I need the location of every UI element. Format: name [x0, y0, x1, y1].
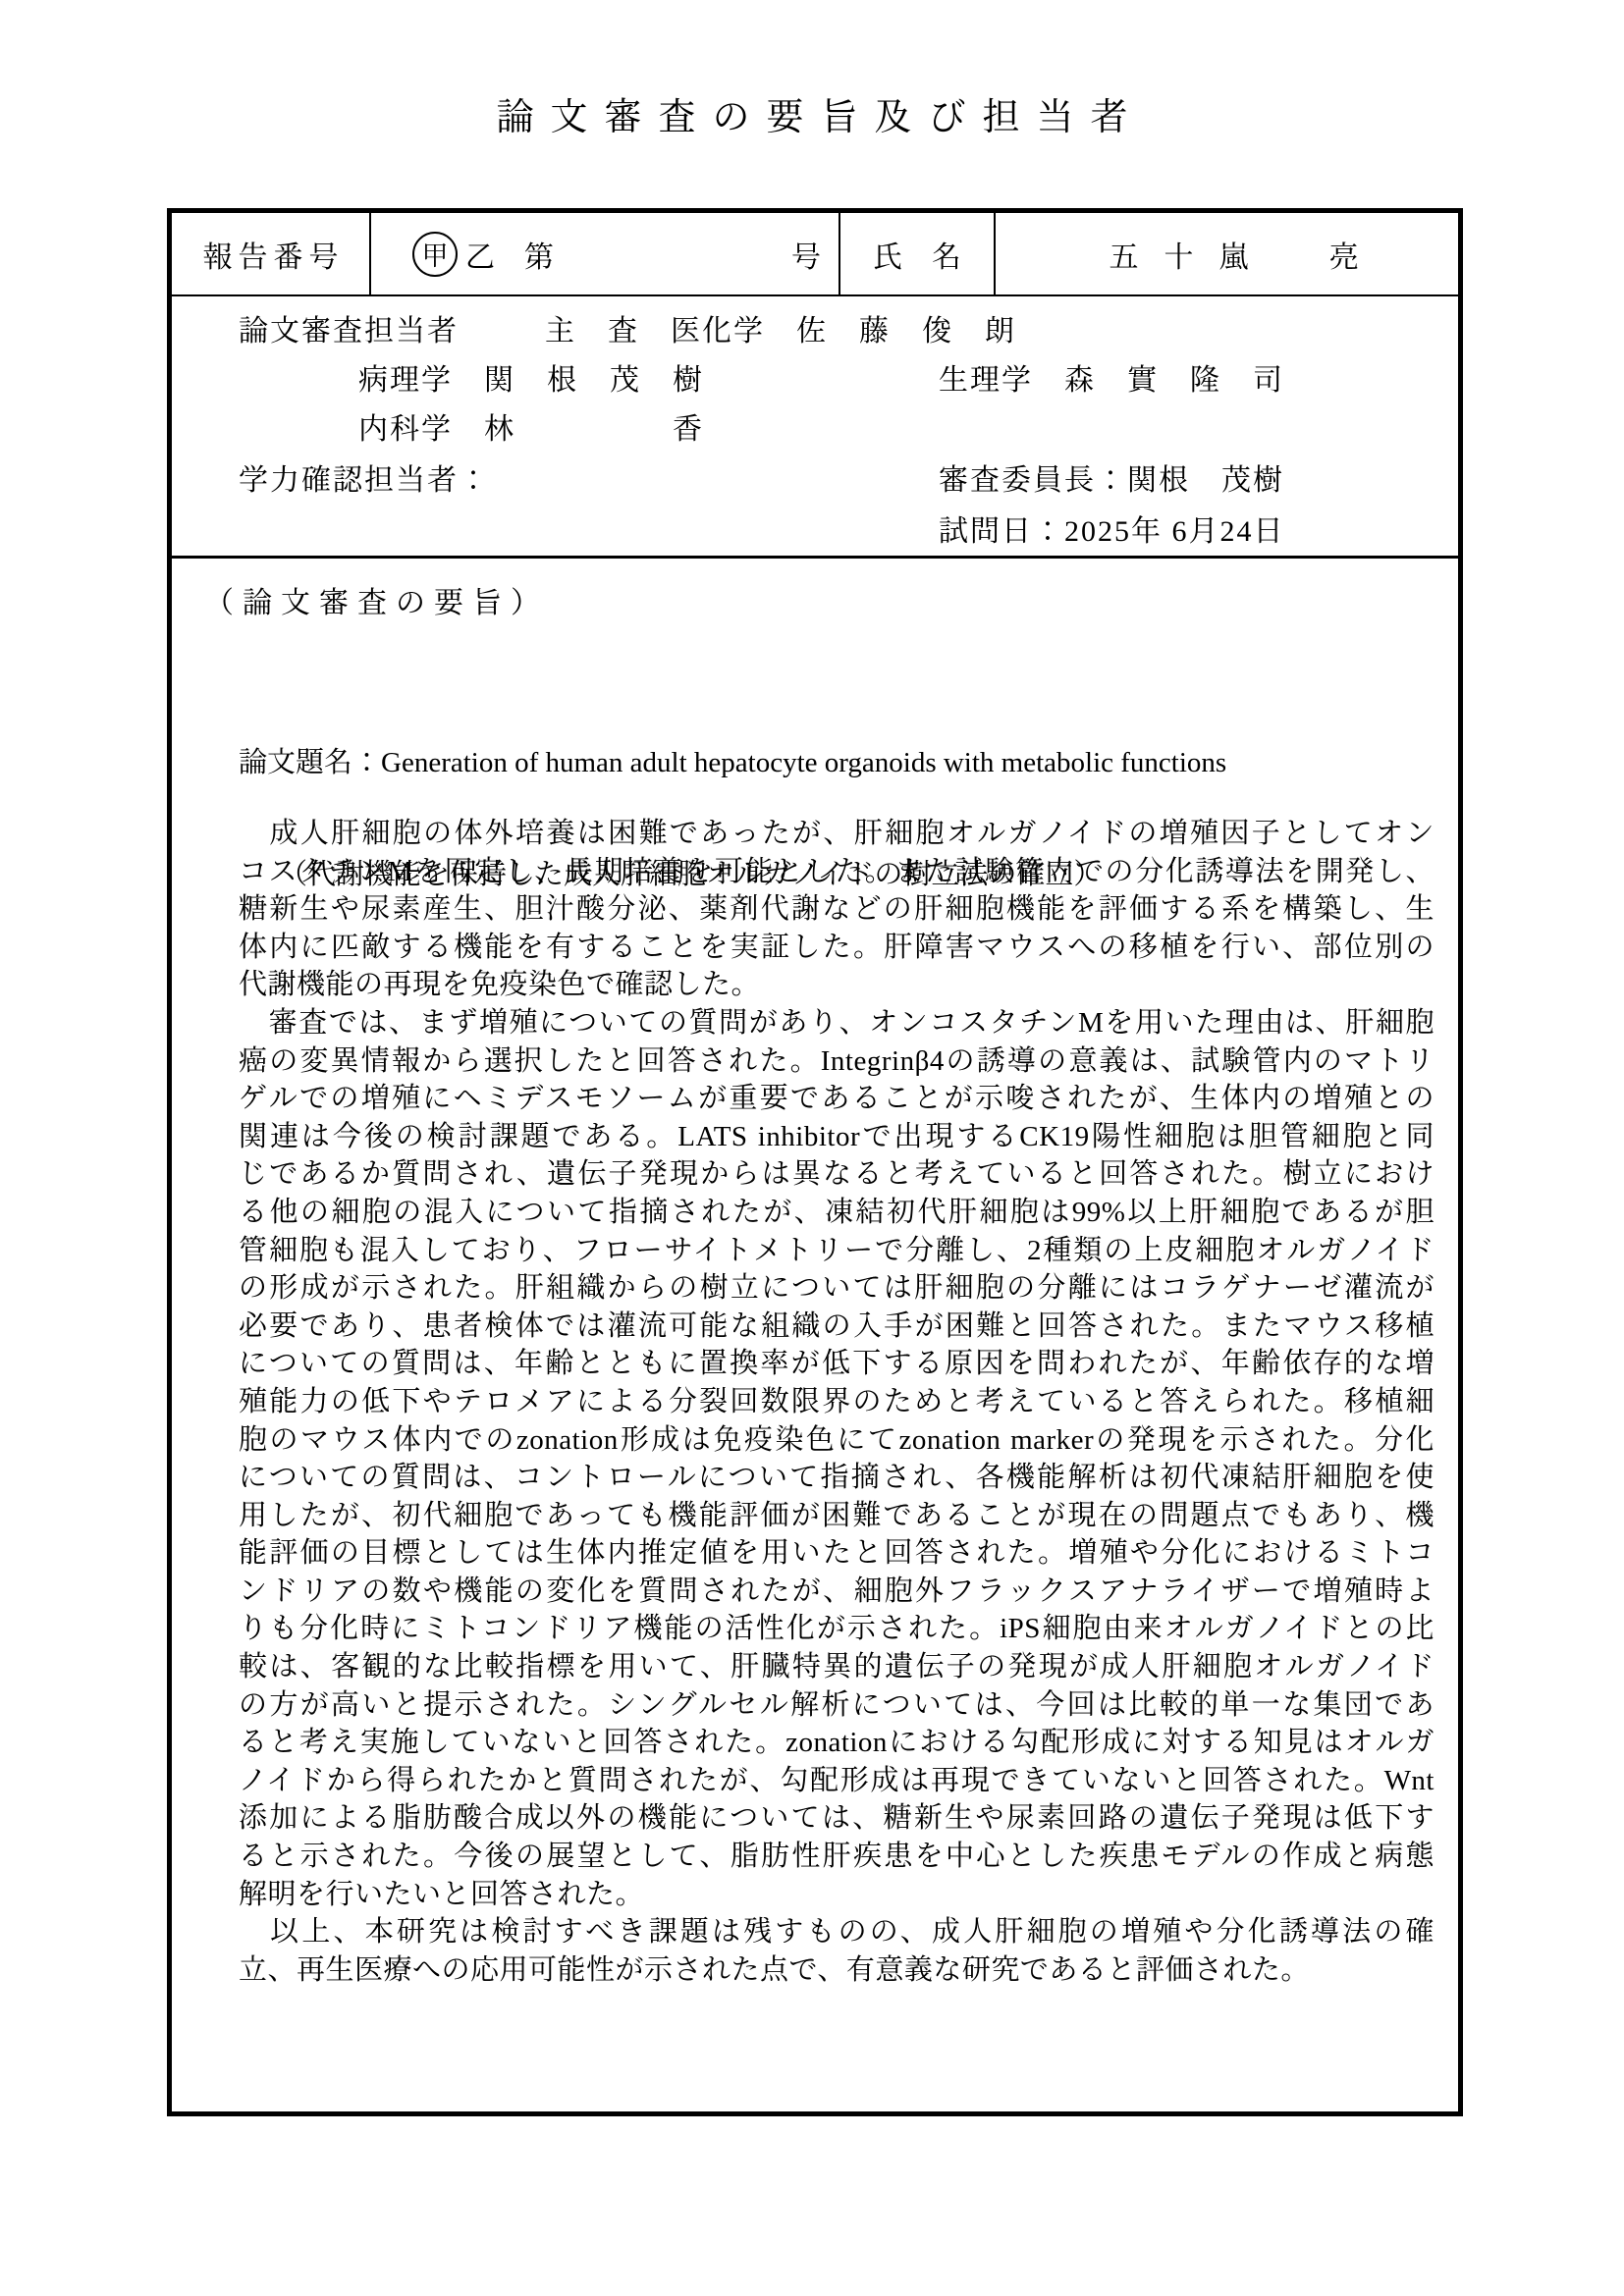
body-text-line: ると示された。今後の展望として、脂肪性肝疾患を中心とした疾患モデルの作成と病態 — [239, 1838, 1435, 1876]
body-text-line: 殖能力の低下やテロメアによる分裂回数限界のためと考えていると答えられた。移植細 — [239, 1383, 1435, 1421]
body-text-line: 審査では、まず増殖についての質問があり、オンコスタチンMを用いた理由は、肝細胞 — [239, 1004, 1435, 1042]
name-cell: 五十嵐 亮 — [996, 213, 1458, 294]
body-text-line: 糖新生や尿素産生、胆汁酸分泌、薬剤代謝などの肝細胞機能を評価する系を構築し、生 — [239, 890, 1435, 929]
document-page: 論文審査の要旨及び担当者 報告番号 甲 乙 第 号 氏 名 五十嵐 亮 論文審査… — [0, 0, 1624, 2296]
candidate-name: 五十嵐 亮 — [1110, 233, 1384, 276]
body-text-line: 立、再生医療への応用可能性が示された点で、有意義な研究であると評価された。 — [239, 1951, 1435, 1990]
body-text-line: についての質問は、コントロールについて指摘され、各機能解析は初代凍結肝細胞を使 — [239, 1459, 1435, 1497]
summary-heading: （論文審査の要旨） — [204, 578, 549, 621]
summary-section: （論文審査の要旨） 論文題名：Generation of human adult… — [172, 559, 1458, 2111]
body-text-line: ると考え実施していないと回答された。zonationにおける勾配形成に対する知見… — [239, 1724, 1435, 1762]
body-text-line: 胞のマウス体内でのzonation形成は免疫染色にてzonation marke… — [239, 1421, 1435, 1460]
reviewers-label: 論文審査担当者 — [239, 306, 459, 349]
report-number-suffix: 号 — [791, 233, 821, 276]
body-text-line: 較は、客観的な比較指標を用いて、肝臓特異的遺伝子の発現が成人肝細胞オルガノイド — [239, 1648, 1435, 1686]
body-text-line: じであるか質問され、遺伝子発現からは異なると考えていると回答された。樹立におけ — [239, 1155, 1435, 1194]
body-text-line: りも分化時にミトコンドリア機能の活性化が示された。iPS細胞由来オルガノイドとの… — [239, 1610, 1435, 1648]
document-frame: 報告番号 甲 乙 第 号 氏 名 五十嵐 亮 論文審査担当者 主 査 医化学 佐… — [167, 208, 1463, 2116]
body-text-line: 解明を行いたいと回答された。 — [239, 1876, 1435, 1914]
chief-examiner: 主 査 医化学 佐 藤 俊 朗 — [545, 306, 1016, 349]
committee-section: 論文審査担当者 主 査 医化学 佐 藤 俊 朗 病理学 関 根 茂 樹 生理学 … — [172, 296, 1458, 559]
header-table: 報告番号 甲 乙 第 号 氏 名 五十嵐 亮 — [172, 213, 1458, 296]
page-title: 論文審査の要旨及び担当者 — [0, 86, 1624, 140]
member-pathology: 病理学 関 根 茂 樹 — [358, 355, 704, 399]
academic-check-label: 学力確認担当者： — [239, 455, 490, 499]
report-number-prefix: 乙 第 — [465, 233, 554, 276]
body-text-line: コスタチンMを同定し、長期培養を可能とした。また試験管内での分化誘導法を開発し、 — [239, 853, 1435, 891]
body-text-line: 必要であり、患者検体では灌流可能な組織の入手が困難と回答された。またマウス移植 — [239, 1308, 1435, 1346]
name-label: 氏 名 — [840, 213, 996, 294]
body-text-line: 添加による脂肪酸合成以外の機能については、糖新生や尿素回路の遺伝子発現は低下す — [239, 1799, 1435, 1838]
report-number-label: 報告番号 — [172, 213, 371, 294]
body-text-line: 以上、本研究は検討すべき課題は残すものの、成人肝細胞の増殖や分化誘導法の確 — [239, 1913, 1435, 1951]
summary-paragraphs: 成人肝細胞の体外培養は困難であったが、肝細胞オルガノイドの増殖因子としてオンコス… — [239, 815, 1435, 1989]
thesis-title-english: Generation of human adult hepatocyte org… — [381, 747, 1226, 778]
kou-circled-mark: 甲 — [412, 232, 458, 277]
body-text-line: の方が高いと提示された。シングルセル解析については、今回は比較的単一な集団であ — [239, 1686, 1435, 1725]
committee-chair: 審査委員長：関根 茂樹 — [939, 455, 1284, 499]
thesis-title-line-en: 論文題名：Generation of human adult hepatocyt… — [239, 744, 1226, 781]
body-text-line: 能評価の目標としては生体内推定値を用いたと回答された。増殖や分化におけるミトコ — [239, 1534, 1435, 1573]
body-text-line: 管細胞も混入しており、フローサイトメトリーで分離し、2種類の上皮細胞オルガノイド — [239, 1232, 1435, 1270]
body-text-line: る他の細胞の混入について指摘されたが、凍結初代肝細胞は99%以上肝細胞であるが胆 — [239, 1194, 1435, 1232]
member-physiology: 生理学 森 實 隆 司 — [939, 355, 1284, 399]
body-text-line: ンドリアの数や機能の変化を質問されたが、細胞外フラックスアナライザーで増殖時よ — [239, 1573, 1435, 1611]
body-text-line: 癌の変異情報から選択したと回答された。Integrinβ4の誘導の意義は、試験管… — [239, 1042, 1435, 1081]
body-text-line: 代謝機能の再現を免疫染色で確認した。 — [239, 966, 1435, 1004]
body-text-line: ゲルでの増殖にヘミデスモソームが重要であることが示唆されたが、生体内の増殖との — [239, 1080, 1435, 1118]
body-text-line: ノイドから得られたかと質問されたが、勾配形成は再現できていないと回答された。Wn… — [239, 1762, 1435, 1800]
body-text-line: の形成が示された。肝組織からの樹立については肝細胞の分離にはコラゲナーゼ灌流が — [239, 1269, 1435, 1308]
report-number-cell: 甲 乙 第 号 — [371, 213, 840, 294]
thesis-title-label: 論文題名： — [239, 747, 381, 778]
body-text-line: 用したが、初代細胞であっても機能評価が困難であることが現在の問題点でもあり、機 — [239, 1497, 1435, 1535]
exam-date: 試問日：2025年 6月24日 — [939, 507, 1285, 550]
body-text-line: 成人肝細胞の体外培養は困難であったが、肝細胞オルガノイドの増殖因子としてオン — [239, 815, 1435, 853]
body-text-line: 体内に匹敵する機能を有することを実証した。肝障害マウスへの移植を行い、部位別の — [239, 929, 1435, 967]
body-text-line: 関連は今後の検討課題である。LATS inhibitorで出現するCK19陽性細… — [239, 1118, 1435, 1156]
body-text-line: についての質問は、年齢とともに置換率が低下する原因を問われたが、年齢依存的な増 — [239, 1345, 1435, 1383]
member-internal-medicine: 内科学 林 香 — [358, 404, 704, 448]
